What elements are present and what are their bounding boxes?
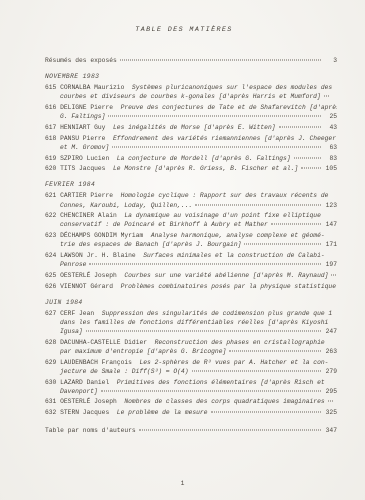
toc-entry-line: Penrose197 [45, 260, 337, 269]
dot-leader [195, 203, 321, 205]
entry-page-number: 7 [332, 92, 337, 101]
entry-title-text: Effondrement des variétés riemanniennes … [113, 134, 336, 143]
entry-number-author: 624 LAWSON Jr. H. Blaine [45, 251, 143, 260]
entry-title-text: Analyse harmonique, analyse complexe et … [151, 231, 325, 240]
entry-page-number: 105 [324, 164, 337, 173]
entry-number-author: 627 CERF Jean [45, 309, 102, 318]
entry-title-text: conservatif : de Poincaré et Birkhoff à … [60, 220, 268, 229]
entry-page-number: 63 [324, 143, 337, 152]
toc-entry-line: 619 SZPIRO Lucien La conjecture de Morde… [45, 154, 337, 163]
entry-title-text: Le Monstre [d'après R. Griess, B. Fische… [113, 164, 298, 173]
dot-leader [86, 330, 321, 332]
toc-entry-line: G. Faltings]25 [45, 112, 337, 121]
entry-title-text: par maximum d'entropie [d'après G. Brico… [60, 347, 226, 356]
entry-number-author: 615 CORNALBA Maurizio [45, 83, 132, 92]
entry-title-text: Table par noms d'auteurs [45, 426, 136, 435]
toc-entry-line: trie des espaces de Banach [d'après J. B… [45, 240, 337, 249]
toc-entry-line: Connes, Karoubi, Loday, Quillen,...123 [45, 201, 337, 210]
toc-entry: Résumés des exposés3 [45, 56, 337, 65]
entry-page-number: 263 [324, 347, 337, 356]
section-heading: FEVRIER 1984 [45, 181, 337, 188]
entry-title-text: Le problème de la mesure [117, 408, 208, 417]
entry-title-text: Reconstruction des phases en cristallogr… [155, 338, 325, 347]
toc-entry-line: 631 OESTERLÉ Joseph Nombres de classes d… [45, 397, 337, 406]
entry-title-text: Nombres de classes des corps quadratique… [124, 397, 324, 406]
dot-leader [271, 223, 321, 225]
entry-number-author: 632 STERN Jacques [45, 408, 117, 417]
entry-page-number: 123 [324, 201, 337, 210]
dot-leader [120, 59, 321, 61]
toc-entry: 616 DELIGNE Pierre Preuve des conjecture… [45, 103, 337, 121]
toc-entry-line: Résumés des exposés3 [45, 56, 337, 65]
entry-title-text: courbes et diviseurs de courbes k-gonale… [60, 92, 321, 101]
dot-leader [101, 389, 321, 391]
entry-title-text: Preuve des conjectures de Tate et de Sha… [121, 103, 337, 112]
entry-number-author: 623 DÉCHAMPS GONDIM Myriam [45, 231, 151, 240]
toc-entry: 619 SZPIRO Lucien La conjecture de Morde… [45, 154, 337, 163]
entry-title-text: La dynamique au voisinage d'un point fix… [124, 211, 321, 220]
toc-list: Résumés des exposés3NOVEMBRE 1983615 COR… [45, 56, 337, 436]
toc-entry-line: 629 LAUDENBACH François Les 2-sphères de… [45, 358, 337, 367]
entry-title-text: Les 2-sphères de R³ vues par A. Hatcher … [139, 358, 328, 367]
entry-number-author: 626 VIENNOT Gérard [45, 282, 121, 291]
toc-entry: 618 PANSU Pierre Effondrement des variét… [45, 134, 337, 152]
toc-entry: 625 OESTERLÉ Joseph Courbes sur une vari… [45, 271, 337, 280]
toc-entry-line: par maximum d'entropie [d'après G. Brico… [45, 347, 337, 356]
section-heading: JUIN 1984 [45, 299, 337, 306]
toc-entry-line: 626 VIENNOT Gérard Problèmes combinatoir… [45, 282, 337, 291]
toc-entry: 626 VIENNOT Gérard Problèmes combinatoir… [45, 282, 337, 291]
entry-title-text: Surfaces minimales et la construction de… [143, 251, 324, 260]
toc-entry-line: 616 DELIGNE Pierre Preuve des conjecture… [45, 103, 337, 112]
dot-leader [331, 273, 336, 275]
toc-entry-line: 630 LAZARD Daniel Primitives des fonctio… [45, 378, 337, 387]
toc-entry: 623 DÉCHAMPS GONDIM Myriam Analyse harmo… [45, 231, 337, 249]
dot-leader [301, 167, 321, 169]
entry-page-number: 83 [324, 154, 337, 163]
entry-number-author: 622 CHENCINER Alain [45, 211, 124, 220]
entry-page-number: 295 [324, 387, 337, 396]
entry-number-author: 620 TITS Jacques [45, 164, 113, 173]
entry-title-text: Résumés des exposés [45, 56, 117, 65]
toc-entry: 617 HENNIART Guy Les inégalités de Morse… [45, 123, 337, 132]
toc-entry: Table par noms d'auteurs347 [45, 426, 337, 435]
toc-entry-line: 624 LAWSON Jr. H. Blaine Surfaces minima… [45, 251, 337, 260]
toc-entry-line: 617 HENNIART Guy Les inégalités de Morse… [45, 123, 337, 132]
dot-leader [112, 145, 321, 147]
entry-number-author: 621 CARTIER Pierre [45, 191, 121, 200]
dot-leader [108, 115, 321, 117]
entry-number-author: 631 OESTERLÉ Joseph [45, 397, 124, 406]
toc-entry: 629 LAUDENBACH François Les 2-sphères de… [45, 358, 337, 376]
section-heading: NOVEMBRE 1983 [45, 73, 337, 80]
entry-title-text: jecture de Smale : Diff(S³) ≃ O(4) [60, 367, 189, 376]
toc-entry-line: 621 CARTIER Pierre Homologie cyclique : … [45, 191, 337, 200]
footer-page-number: 1 [0, 480, 365, 487]
entry-page-number: 3 [324, 56, 337, 65]
entry-title-text: Systèmes pluricanoniques sur l'espace de… [132, 83, 332, 92]
toc-entry-line: conservatif : de Poincaré et Birkhoff à … [45, 220, 337, 229]
entry-title-text: G. Faltings] [60, 112, 105, 121]
entry-title-text: et M. Gromov] [60, 143, 109, 152]
dot-leader [192, 369, 322, 371]
entry-page-number: 43 [324, 123, 337, 132]
toc-entry-line: et M. Gromov]63 [45, 143, 337, 152]
dot-leader [294, 156, 321, 158]
toc-entry: 628 DACUNHA-CASTELLE Didier Reconstructi… [45, 338, 337, 356]
toc-entry: 624 LAWSON Jr. H. Blaine Surfaces minima… [45, 251, 337, 269]
toc-entry-line: Table par noms d'auteurs347 [45, 426, 337, 435]
dot-leader [89, 263, 321, 265]
toc-entry-line: 622 CHENCINER Alain La dynamique au vois… [45, 211, 337, 220]
dot-leader [139, 429, 321, 431]
entry-title-text: Suppression des singularités de codimens… [102, 309, 333, 318]
entry-title-text: Penrose [60, 260, 86, 269]
entry-title-text: Homologie cyclique : Rapport sur des tra… [121, 191, 329, 200]
toc-entry-line: Davenport]295 [45, 387, 337, 396]
toc-entry-line: 625 OESTERLÉ Joseph Courbes sur une vari… [45, 271, 337, 280]
entry-title-text: Primitives des fonctions élémentaires [d… [117, 378, 325, 387]
entry-title-text: Les inégalités de Morse [d'après E. Witt… [113, 123, 276, 132]
entry-number-author: 619 SZPIRO Lucien [45, 154, 117, 163]
toc-entry: 630 LAZARD Daniel Primitives des fonctio… [45, 378, 337, 396]
toc-entry-line: 628 DACUNHA-CASTELLE Didier Reconstructi… [45, 338, 337, 347]
entry-number-author: 616 DELIGNE Pierre [45, 103, 121, 112]
dot-leader [279, 125, 321, 127]
toc-entry-line: 620 TITS Jacques Le Monstre [d'après R. … [45, 164, 337, 173]
toc-entry: 632 STERN Jacques Le problème de la mesu… [45, 408, 337, 417]
toc-entry: 622 CHENCINER Alain La dynamique au vois… [45, 211, 337, 229]
dot-leader [328, 400, 333, 402]
toc-entry-line: 623 DÉCHAMPS GONDIM Myriam Analyse harmo… [45, 231, 337, 240]
entry-title-text: Davenport] [60, 387, 98, 396]
entry-title-text: Igusa] [60, 327, 83, 336]
entry-page-number: 25 [324, 112, 337, 121]
entry-title-text: dans les familles de fonctions différent… [60, 318, 328, 327]
entry-number-author: 617 HENNIART Guy [45, 123, 113, 132]
entry-number-author: 618 PANSU Pierre [45, 134, 113, 143]
toc-entry: 621 CARTIER Pierre Homologie cyclique : … [45, 191, 337, 209]
dot-leader [229, 350, 321, 352]
entry-page-number: 247 [324, 327, 337, 336]
toc-entry-line: courbes et diviseurs de courbes k-gonale… [45, 92, 337, 101]
toc-entry-line: Igusa]247 [45, 327, 337, 336]
toc-entry-line: 627 CERF Jean Suppression des singularit… [45, 309, 337, 318]
page-title: TABLE DES MATIÈRES [31, 26, 337, 34]
dot-leader [324, 95, 329, 97]
entry-page-number: 197 [324, 260, 337, 269]
toc-entry: 620 TITS Jacques Le Monstre [d'après R. … [45, 164, 337, 173]
entry-number-author: 625 OESTERLÉ Joseph [45, 271, 124, 280]
dot-leader [244, 243, 321, 245]
entry-page-number: 325 [324, 408, 337, 417]
dot-leader [211, 411, 322, 413]
toc-entry: 631 OESTERLÉ Joseph Nombres de classes d… [45, 397, 337, 406]
entry-number-author: 628 DACUNHA-CASTELLE Didier [45, 338, 155, 347]
toc-entry: 615 CORNALBA Maurizio Systèmes pluricano… [45, 83, 337, 101]
scanned-toc-page: TABLE DES MATIÈRES Résumés des exposés3N… [0, 0, 365, 500]
toc-entry-line: 615 CORNALBA Maurizio Systèmes pluricano… [45, 83, 337, 92]
entry-page-number: 279 [324, 367, 337, 376]
toc-entry-line: 632 STERN Jacques Le problème de la mesu… [45, 408, 337, 417]
entry-title-text: Connes, Karoubi, Loday, Quillen,... [60, 201, 192, 210]
entry-title-text: Problèmes combinatoires posés par la phy… [121, 282, 336, 291]
entry-title-text: Courbes sur une variété abélienne [d'apr… [124, 271, 328, 280]
entry-page-number: 347 [324, 426, 337, 435]
entry-page-number: 147 [324, 220, 337, 229]
toc-entry-line: 618 PANSU Pierre Effondrement des variét… [45, 134, 337, 143]
entry-title-text: trie des espaces de Banach [d'après J. B… [60, 240, 241, 249]
entry-number-author: 629 LAUDENBACH François [45, 358, 139, 367]
entry-number-author: 630 LAZARD Daniel [45, 378, 117, 387]
entry-page-number: 171 [324, 240, 337, 249]
toc-entry-line: jecture de Smale : Diff(S³) ≃ O(4)279 [45, 367, 337, 376]
entry-title-text: La conjecture de Mordell [d'après G. Fal… [117, 154, 291, 163]
toc-entry-line: dans les familles de fonctions différent… [45, 318, 337, 327]
toc-entry: 627 CERF Jean Suppression des singularit… [45, 309, 337, 337]
entry-page-number: 309 [336, 397, 337, 406]
